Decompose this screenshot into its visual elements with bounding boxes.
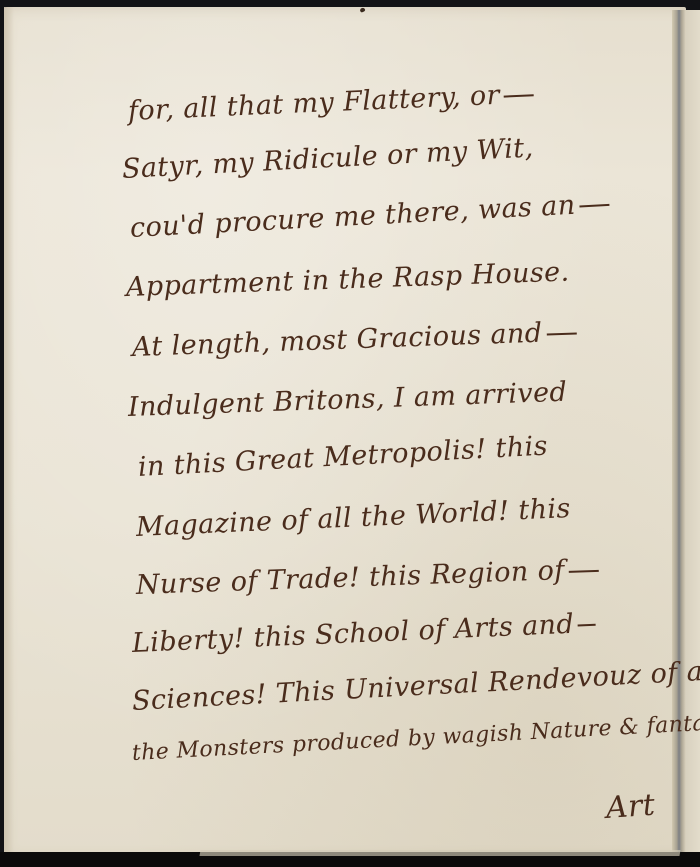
line-end-flourish <box>579 203 609 207</box>
catchword: Art <box>605 788 657 826</box>
line-end-flourish <box>546 332 576 335</box>
text-line-content: Art <box>605 788 657 826</box>
line-end-flourish <box>569 569 599 572</box>
page-left-edge-shading <box>4 7 14 859</box>
line-end-flourish <box>504 94 534 97</box>
manuscript-scan: for, all that my Flattery, or Satyr, my … <box>0 0 700 867</box>
line-end-flourish <box>578 623 596 626</box>
underlying-page-edge <box>199 850 680 856</box>
